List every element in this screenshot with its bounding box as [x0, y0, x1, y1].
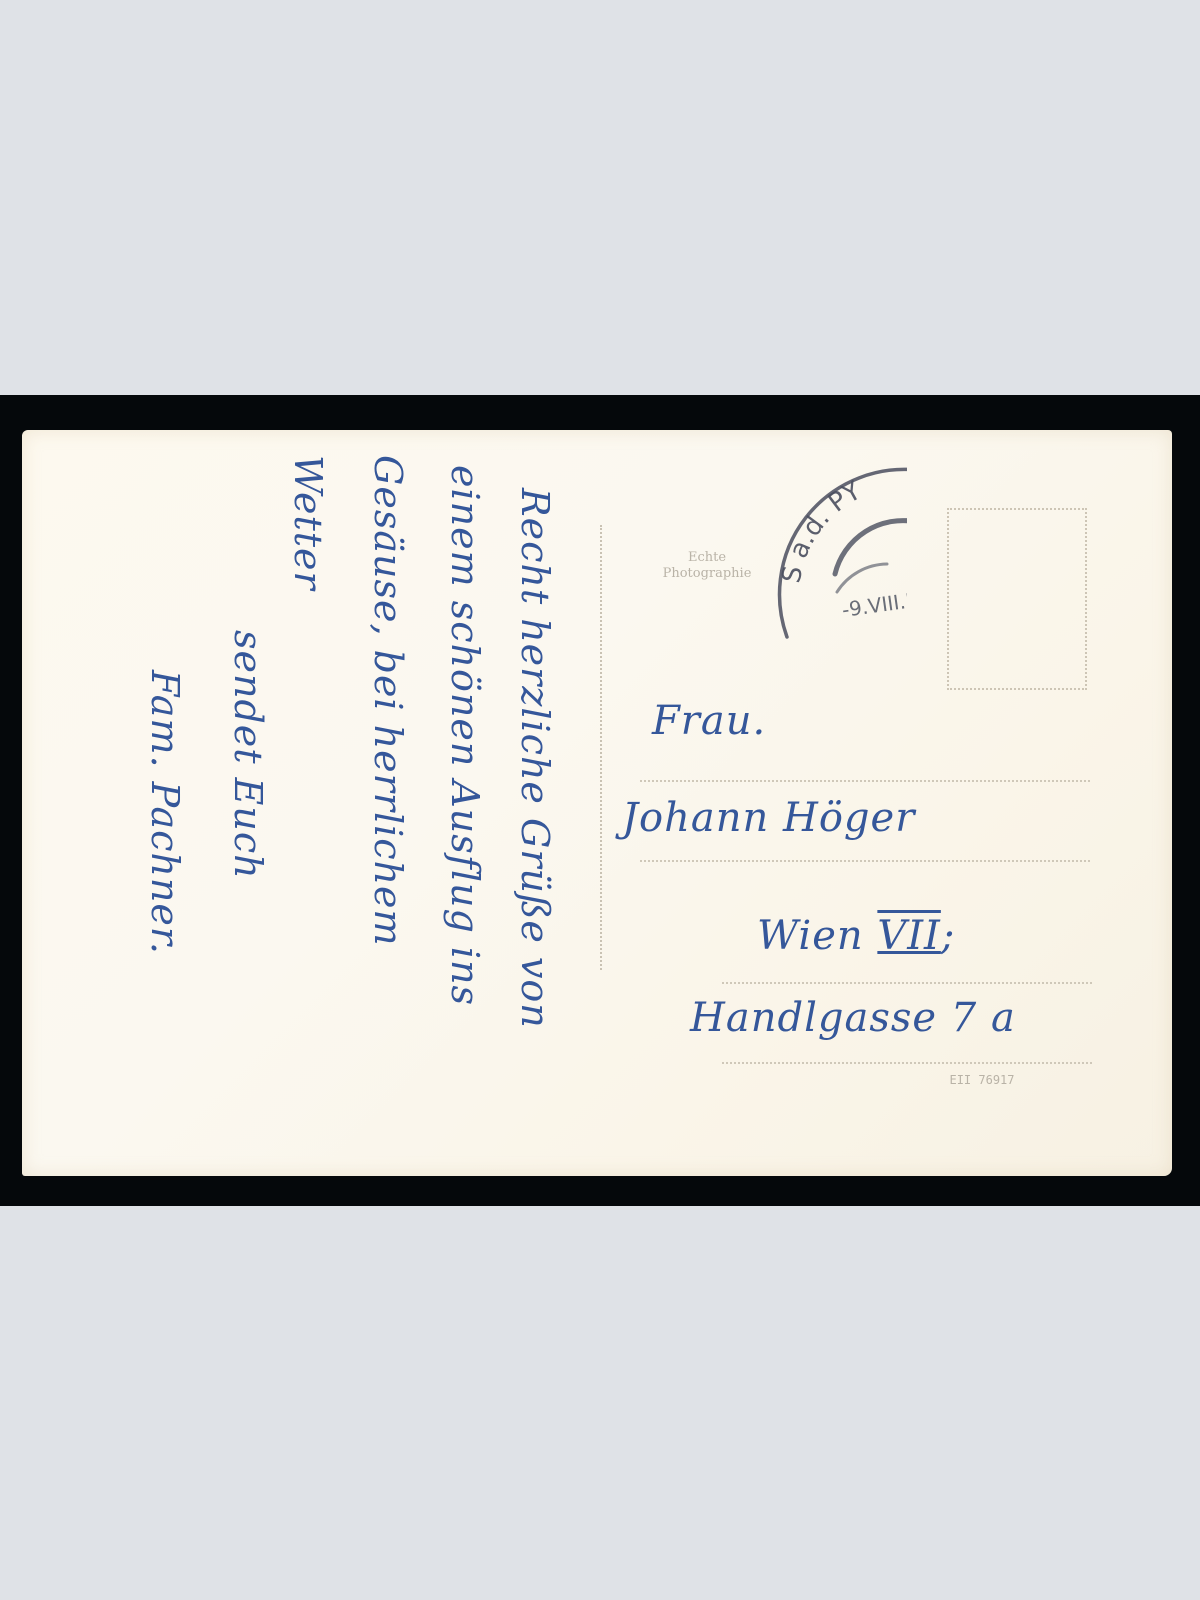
address-suffix: ; — [941, 913, 955, 959]
address-line-3: Wien VII; — [757, 913, 955, 959]
address-line-2: Johann Höger — [622, 795, 915, 841]
photo-label-line2: Photographie — [642, 566, 772, 582]
postcard: Echte Photographie S a.d. PY -9.VIII.5 F… — [22, 430, 1172, 1176]
address-rule-3 — [722, 982, 1092, 984]
address-rule-2 — [640, 860, 1090, 862]
stamp-box — [947, 508, 1087, 690]
photo-label-line1: Echte — [642, 550, 772, 566]
message-line-3: Gesäuse, bei herrlichem — [366, 455, 410, 947]
address-line-4: Handlgasse 7 a — [690, 995, 1016, 1041]
divider-line — [600, 525, 602, 970]
svg-text:S a.d. PY: S a.d. PY — [777, 476, 867, 586]
photo-label: Echte Photographie — [642, 550, 772, 582]
address-line-1: Frau. — [652, 698, 766, 744]
message-line-1: Recht herzliche Grüße von — [513, 488, 557, 1029]
postmark: S a.d. PY -9.VIII.5 — [757, 452, 957, 652]
address-rule-1 — [640, 780, 1090, 782]
address-rule-4 — [722, 1062, 1092, 1064]
address-city: Wien — [757, 913, 864, 959]
message-line-5: sendet Euch — [226, 630, 270, 880]
postmark-date: -9.VIII.5 — [840, 588, 919, 622]
catalog-number: ЕII 76917 — [927, 1072, 1037, 1088]
postmark-place: S a.d. PY — [777, 476, 867, 586]
message-line-4: Wetter — [286, 455, 330, 591]
message-line-2: einem schönen Ausflug ins — [443, 465, 487, 1006]
address-district: VII — [877, 913, 941, 959]
message-signature: Fam. Pachner. — [143, 670, 187, 955]
